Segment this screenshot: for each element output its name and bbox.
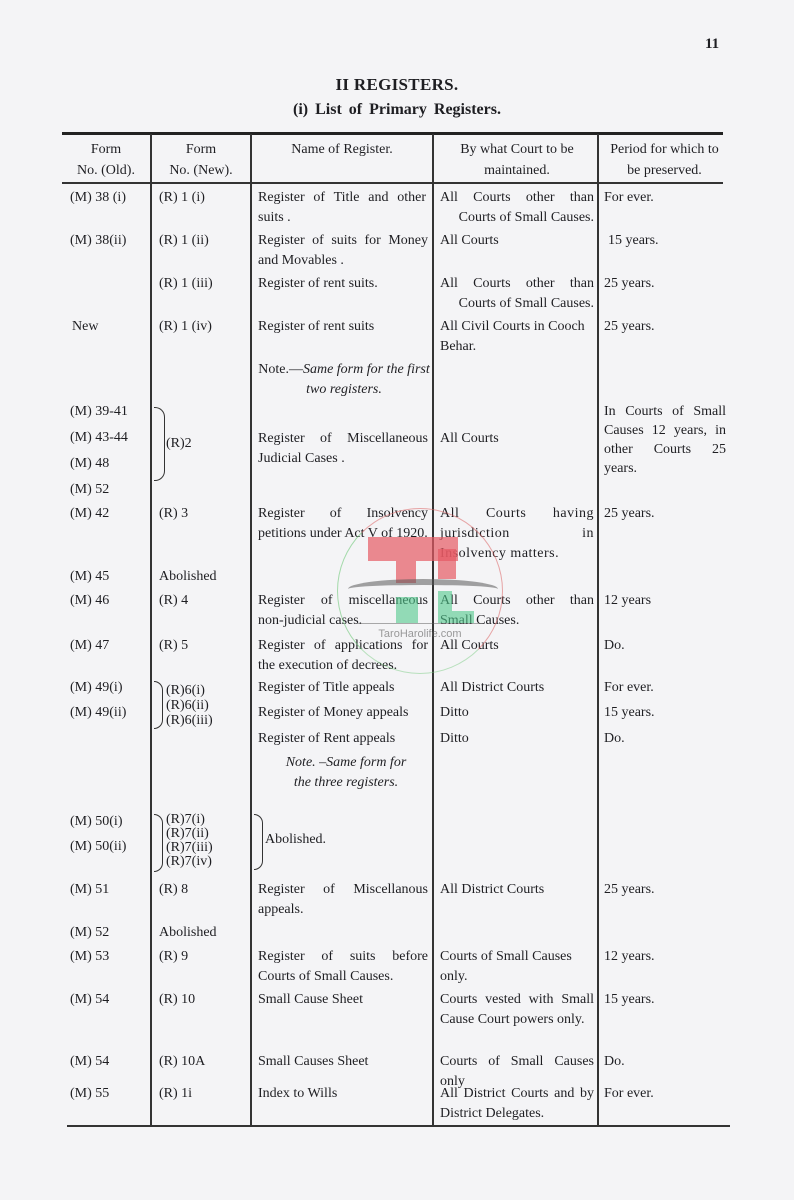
cell-register-name: Register of Insolvency petitions under A… xyxy=(258,504,428,544)
cell-court: All District Courts xyxy=(440,678,544,698)
cell-form-new: (R) 1 (iv) xyxy=(159,317,212,337)
cell-form-new: (R) 1 (ii) xyxy=(159,231,209,251)
cell-form-old: (M) 47 xyxy=(70,636,109,656)
cell-period: For ever. xyxy=(604,188,654,208)
header-line: No. (Old). xyxy=(62,160,150,181)
brace-icon xyxy=(154,814,163,872)
header-form-old: Form No. (Old). xyxy=(62,139,150,181)
cell-period: 12 years xyxy=(604,591,651,611)
cell-court: All Courts xyxy=(440,231,499,251)
cell-period: Do. xyxy=(604,729,625,749)
header-court: By what Court to be maintained. xyxy=(442,139,592,181)
form-new-item: (R)7(i) xyxy=(166,813,213,827)
header-form-new: Form No. (New). xyxy=(152,139,250,181)
table-bottom-rule xyxy=(67,1125,730,1127)
cell-form-new: (R) 9 xyxy=(159,947,188,967)
cell-court: All Civil Courts in Cooch Behar. xyxy=(440,317,594,357)
cell-court: All Courts other than Courts of Small Ca… xyxy=(440,188,594,228)
table-title: (i) List of Primary Registers. xyxy=(0,101,794,119)
cell-form-old: (M) 55 xyxy=(70,1084,109,1104)
cell-court: All Courts xyxy=(440,636,499,656)
cell-court: All Courts other than Small Causes. xyxy=(440,591,594,631)
cell-period: 15 years. xyxy=(608,231,659,251)
page-number: 11 xyxy=(705,36,719,53)
cell-register-name: Register of suits for Money and Movables… xyxy=(258,231,428,271)
registers-table: Form No. (Old). Form No. (New). Name of … xyxy=(62,132,730,1128)
form-new-item: (R)6(iii) xyxy=(166,713,213,728)
cell-court: All District Courts xyxy=(440,880,544,900)
cell-register-name: Register of Miscellanous appeals. xyxy=(258,880,428,920)
cell-court: All Courts having jurisdiction in Insolv… xyxy=(440,504,594,564)
cell-period: In Courts of Small Causes 12 years, in o… xyxy=(604,402,726,478)
cell-register-name: Register of Title appeals xyxy=(258,678,395,698)
brace-icon xyxy=(154,407,165,481)
cell-form-old: (M) 48 xyxy=(70,454,109,474)
cell-form-new: (R) 10A xyxy=(159,1052,205,1072)
cell-court: Ditto xyxy=(440,729,469,749)
cell-form-old: (M) 50(i) xyxy=(70,812,123,832)
cell-form-old: (M) 49(i) xyxy=(70,678,123,698)
cell-form-new: (R) 1 (i) xyxy=(159,188,205,208)
cell-court: Ditto xyxy=(440,703,469,723)
note-first-two-registers: Note.—Same form for the first two regist… xyxy=(256,360,432,400)
cell-register-name: Register of suits before Courts of Small… xyxy=(258,947,428,987)
cell-form-old: (M) 52 xyxy=(70,923,109,943)
cell-form-old: (M) 54 xyxy=(70,990,109,1010)
form-new-item: (R)7(iii) xyxy=(166,841,213,855)
cell-period: 25 years. xyxy=(604,274,655,294)
cell-form-new: (R) 1i xyxy=(159,1084,192,1104)
column-divider xyxy=(432,134,434,1126)
cell-form-old: (M) 50(ii) xyxy=(70,837,126,857)
cell-form-old: (M) 54 xyxy=(70,1052,109,1072)
cell-period: For ever. xyxy=(604,1084,654,1104)
cell-form-new: (R) 1 (iii) xyxy=(159,274,213,294)
cell-form-new: (R) 10 xyxy=(159,990,195,1010)
cell-period: For ever. xyxy=(604,678,654,698)
cell-period: 25 years. xyxy=(604,317,655,337)
note-text: Same form for the first two registers. xyxy=(303,362,430,397)
cell-register-name: Register of miscellaneous non-judicial c… xyxy=(258,591,428,631)
cell-form-old: (M) 49(ii) xyxy=(70,703,126,723)
cell-register-name: Small Causes Sheet xyxy=(258,1052,368,1072)
cell-period: 15 years. xyxy=(604,990,655,1010)
cell-form-old: New xyxy=(72,317,98,337)
cell-form-old: (M) 38(ii) xyxy=(70,231,126,251)
cell-period: 12 years. xyxy=(604,947,655,967)
cell-register-name: Register of Title and other suits . xyxy=(258,188,426,228)
cell-period: 25 years. xyxy=(604,504,655,524)
cell-form-old: (M) 43-44 xyxy=(70,428,128,448)
column-divider xyxy=(250,134,252,1126)
brace-icon xyxy=(154,681,163,729)
cell-form-new: (R) 4 xyxy=(159,591,188,611)
column-divider xyxy=(150,134,152,1126)
brace-icon xyxy=(254,814,263,870)
header-line: No. (New). xyxy=(152,160,250,181)
section-title: II REGISTERS. xyxy=(0,75,794,95)
cell-form-new: (R) 8 xyxy=(159,880,188,900)
cell-form-new-group: (R)7(i) (R)7(ii) (R)7(iii) (R)7(iv) xyxy=(166,813,213,869)
cell-period: 25 years. xyxy=(604,880,655,900)
cell-form-old: (M) 52 xyxy=(70,480,109,500)
cell-court: All Courts xyxy=(440,429,499,449)
cell-period: Do. xyxy=(604,636,625,656)
cell-register-name: Register of Rent appeals xyxy=(258,729,395,749)
header-line: Form xyxy=(152,139,250,160)
form-new-item: (R)7(iv) xyxy=(166,855,213,869)
cell-form-old: (M) 38 (i) xyxy=(70,188,126,208)
table-top-rule xyxy=(62,132,723,135)
cell-form-new: Abolished xyxy=(159,567,217,587)
cell-period: 15 years. xyxy=(604,703,655,723)
cell-register-name: Register of Miscellaneous Judicial Cases… xyxy=(258,429,428,469)
cell-register-name: Abolished. xyxy=(265,830,326,850)
note-three-registers: Note. –Same form for the three registers… xyxy=(276,753,416,793)
cell-form-new-group: (R)6(i) (R)6(ii) (R)6(iii) xyxy=(166,683,213,728)
cell-register-name: Register of applications for the executi… xyxy=(258,636,428,676)
header-register-name: Name of Register. xyxy=(252,139,432,160)
cell-register-name: Index to Wills xyxy=(258,1084,337,1104)
form-new-item: (R)6(i) xyxy=(166,683,213,698)
cell-form-old: (M) 45 xyxy=(70,567,109,587)
cell-register-name: Register of Money appeals xyxy=(258,703,408,723)
header-rule xyxy=(62,182,723,184)
cell-form-new: (R) 5 xyxy=(159,636,188,656)
cell-form-new: Abolished xyxy=(159,923,217,943)
cell-court: All District Courts and by District Dele… xyxy=(440,1084,594,1124)
form-new-item: (R)7(ii) xyxy=(166,827,213,841)
cell-form-old: (M) 51 xyxy=(70,880,109,900)
cell-period: Do. xyxy=(604,1052,625,1072)
cell-form-old: (M) 42 xyxy=(70,504,109,524)
form-new-item: (R)6(ii) xyxy=(166,698,213,713)
cell-form-old: (M) 39-41 xyxy=(70,402,128,422)
cell-court: Courts vested with Small Cause Court pow… xyxy=(440,990,594,1030)
cell-form-old: (M) 46 xyxy=(70,591,109,611)
cell-court: Courts of Small Causes only. xyxy=(440,947,600,987)
header-period: Period for which to be preserved. xyxy=(602,139,727,181)
cell-form-new: (R) 3 xyxy=(159,504,188,524)
cell-register-name: Register of rent suits. xyxy=(258,274,378,294)
cell-register-name: Small Cause Sheet xyxy=(258,990,363,1010)
cell-register-name: Register of rent suits xyxy=(258,317,374,337)
cell-form-new: (R)2 xyxy=(166,434,192,454)
cell-form-old: (M) 53 xyxy=(70,947,109,967)
header-line: Form xyxy=(62,139,150,160)
note-prefix: Note.— xyxy=(258,362,303,377)
cell-court: All Courts other than Courts of Small Ca… xyxy=(440,274,594,314)
